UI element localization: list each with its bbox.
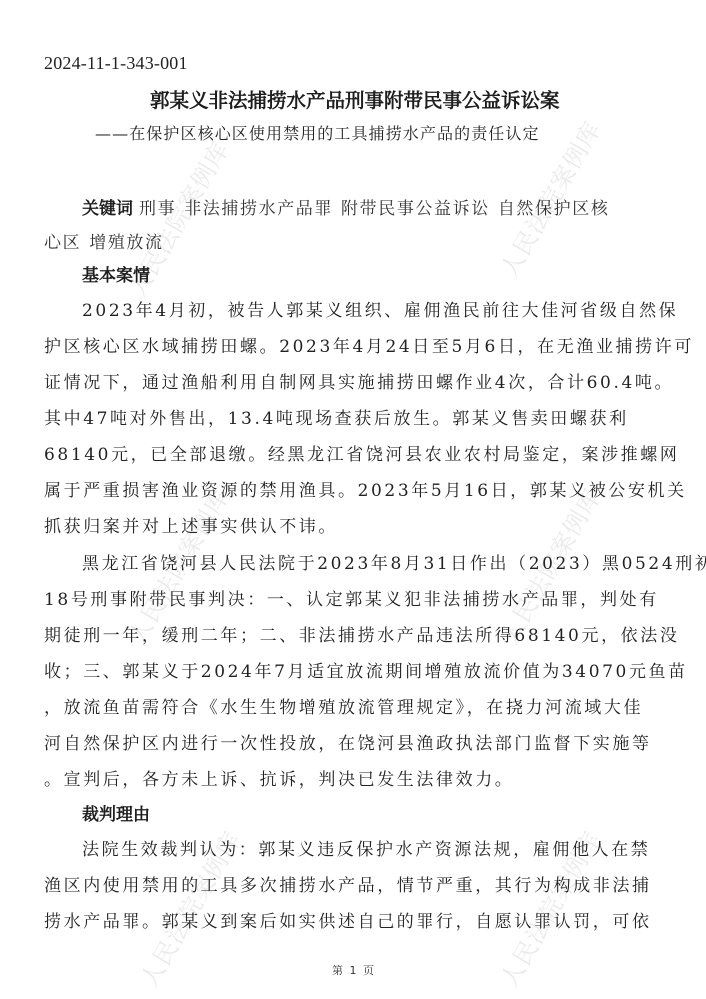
paragraph-line: 河自然保护区内进行一次性投放，在饶河县渔政执法部门监督下实施等 [44,732,644,756]
keywords-line: 关键词刑事非法捕捞水产品罪附带民事公益诉讼自然保护区核 [82,197,682,221]
page-title: 郭某义非法捕捞水产品刑事附带民事公益诉讼案 [150,88,560,114]
paragraph-line: 抓获归案并对上述事实供认不讳。 [44,515,644,539]
paragraph-line: 期徒刑一年，缓刑二年；二、非法捕捞水产品违法所得68140元，依法没 [44,624,644,648]
paragraph-line: 法院生效裁判认为：郭某义违反保护水产资源法规，雇佣他人在禁 [82,838,682,862]
keyword: 心区 [44,233,81,253]
paragraph-line: 2023年4月初，被告人郭某义组织、雇佣渔民前往大佳河省级自然保 [82,299,682,323]
paragraph-line: 其中47吨对外售出，13.4吨现场查获后放生。郭某义售卖田螺获利 [44,407,644,431]
paragraph-line: 68140元，已全部退缴。经黑龙江省饶河县农业农村局鉴定，案涉推螺网 [44,443,644,467]
case-id: 2024-11-1-343-001 [44,52,188,74]
paragraph-line: 。宣判后，各方未上诉、抗诉，判决已发生法律效力。 [44,768,644,792]
keywords-label: 关键词 [82,199,133,219]
document-page: 人民法院案例库 人民法院案例库 人民法院案例库 人民法院案例库 人民法院案例库 … [0,0,706,999]
paragraph-line: 收；三、郭某义于2024年7月适宜放流期间增殖放流价值为34070元鱼苗 [44,660,644,684]
keyword: 刑事 [139,199,176,219]
keyword: 自然保护区核 [498,199,610,219]
paragraph-line: 护区核心区水域捕捞田螺。2023年4月24日至5月6日，在无渔业捕捞许可 [44,335,644,359]
paragraph-line: 证情况下，通过渔船利用自制网具实施捕捞田螺作业4次，合计60.4吨。 [44,371,644,395]
paragraph-line: ，放流鱼苗需符合《水生生物增殖放流管理规定》，在挠力河流域大佳 [44,696,644,720]
section-heading-reasoning: 裁判理由 [82,803,150,827]
paragraph-line: 渔区内使用禁用的工具多次捕捞水产品，情节严重，其行为构成非法捕 [44,874,644,898]
keywords-line-2: 心区增殖放流 [44,231,644,255]
paragraph-line: 黑龙江省饶河县人民法院于2023年8月31日作出（2023）黑0524刑初 [82,552,682,576]
paragraph-line: 属于严重损害渔业资源的禁用渔具。2023年5月16日，郭某义被公安机关 [44,479,644,503]
keyword: 增殖放流 [89,233,163,253]
paragraph-line: 捞水产品罪。郭某义到案后如实供述自己的罪行，自愿认罪认罚，可依 [44,910,644,934]
page-subtitle: ——在保护区核心区使用禁用的工具捕捞水产品的责任认定 [95,123,540,145]
section-heading-basic-facts: 基本案情 [82,264,150,288]
keyword: 附带民事公益诉讼 [341,199,490,219]
paragraph-line: 18号刑事附带民事判决：一、认定郭某义犯非法捕捞水产品罪，判处有 [44,588,644,612]
page-number: 第 1 页 [0,964,706,978]
keyword: 非法捕捞水产品罪 [184,199,333,219]
